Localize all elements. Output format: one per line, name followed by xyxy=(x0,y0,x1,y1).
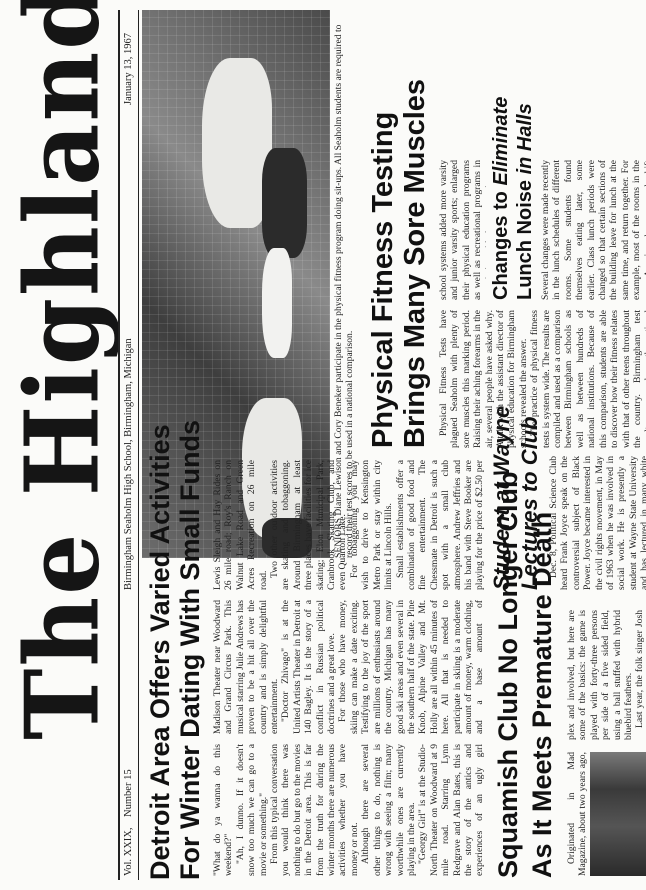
fitness-column-2: school systems added more varsity and ju… xyxy=(438,160,486,300)
paragraph: plex and involved, but here are some of … xyxy=(566,610,634,740)
newspaper-page: The Highlander Vol. XXIX, Number 15 Birm… xyxy=(0,0,646,890)
paragraph: Small establishments offer a combination… xyxy=(395,460,485,590)
paragraph: Physical Fitness Tests have plagued Seah… xyxy=(438,310,529,448)
volume: Vol. XXIX, xyxy=(123,827,134,876)
lunch-headline-part: Changes to xyxy=(490,186,512,300)
detroit-column-1: "What do ya wanna do this weekend?" "Ah,… xyxy=(212,744,484,876)
lunch-headline-part-italic: in Halls xyxy=(514,103,536,174)
squamish-column-2: plex and involved, but here are some of … xyxy=(566,610,646,740)
fitness-headline-line2: Brings Many Sore Muscles xyxy=(400,79,430,448)
photo-socks xyxy=(262,248,292,358)
paragraph: school systems added more varsity and ju… xyxy=(438,160,486,300)
photo-squamish-group xyxy=(590,752,646,876)
issue-date: January 13, 1967 xyxy=(123,33,134,105)
paragraph: Several changes were made recently in th… xyxy=(540,160,646,300)
fitness-column-1: Physical Fitness Tests have plagued Seah… xyxy=(438,310,646,448)
paragraph: "Doctor Zhivago" is at the United Artist… xyxy=(280,600,337,734)
volume-label: Vol. XXIX, Number 15 xyxy=(123,769,134,876)
detroit-column-2: Madison Theater near Woodward and Grand … xyxy=(212,600,484,734)
paragraph: Last year, the folk singer Josh White Jr… xyxy=(634,610,646,740)
detroit-column-3: Lewis Sleigh and Hay Rides on 26 mile ro… xyxy=(212,460,484,590)
masthead-rule-top xyxy=(118,10,120,880)
paragraph: Lewis Sleigh and Hay Rides on 26 mile ro… xyxy=(212,460,269,590)
masthead-title: The Highlander xyxy=(5,140,121,740)
paragraph: From this typical conversation you would… xyxy=(269,744,360,876)
paragraph: Dec. 8, Political Science Club heard Fra… xyxy=(548,456,646,590)
detroit-headline-line1: Detroit Area Offers Varied Activities xyxy=(146,424,174,880)
publisher-line: Birmingham Seaholm High School, Birmingh… xyxy=(123,338,134,590)
paragraph: Although there are several other things … xyxy=(360,744,417,876)
paragraph: Two other outdoor activities are skating… xyxy=(269,460,349,590)
lunch-headline-line2: Lunch Noise in Halls xyxy=(514,103,536,300)
issue-number: Number 15 xyxy=(123,769,134,817)
scanned-page-viewport: The Highlander Vol. XXIX, Number 15 Birm… xyxy=(0,0,646,890)
detroit-headline-line2: For Winter Dating With Small Funds xyxy=(176,420,204,880)
paragraph: "Ah, I dunno. If it doesn't snow too muc… xyxy=(235,744,269,876)
lunch-headline-line1: Changes to Eliminate xyxy=(490,97,512,300)
paragraph: For those who have money, skiing can mak… xyxy=(337,600,484,734)
paragraph: "Georgy Girl" is at the Studio-North The… xyxy=(417,744,484,876)
paragraph: Madison Theater near Woodward and Grand … xyxy=(212,600,280,734)
masthead-rule-bottom xyxy=(138,10,139,880)
lunch-column: Several changes were made recently in th… xyxy=(540,160,646,300)
fitness-headline-line1: Physical Fitness Testing xyxy=(368,112,398,448)
paragraph: For tobaggoning you may wish to drive to… xyxy=(349,460,395,590)
photo-shorts-right xyxy=(262,148,307,258)
lunch-headline-part: Lunch Noise xyxy=(514,174,536,300)
paragraph: The practice of physical fitness tests i… xyxy=(529,310,646,448)
wayne-column: Dec. 8, Political Science Club heard Fra… xyxy=(548,456,646,590)
lunch-headline-part-italic: Eliminate xyxy=(490,97,512,186)
paragraph: "What do ya wanna do this weekend?" xyxy=(212,744,235,876)
